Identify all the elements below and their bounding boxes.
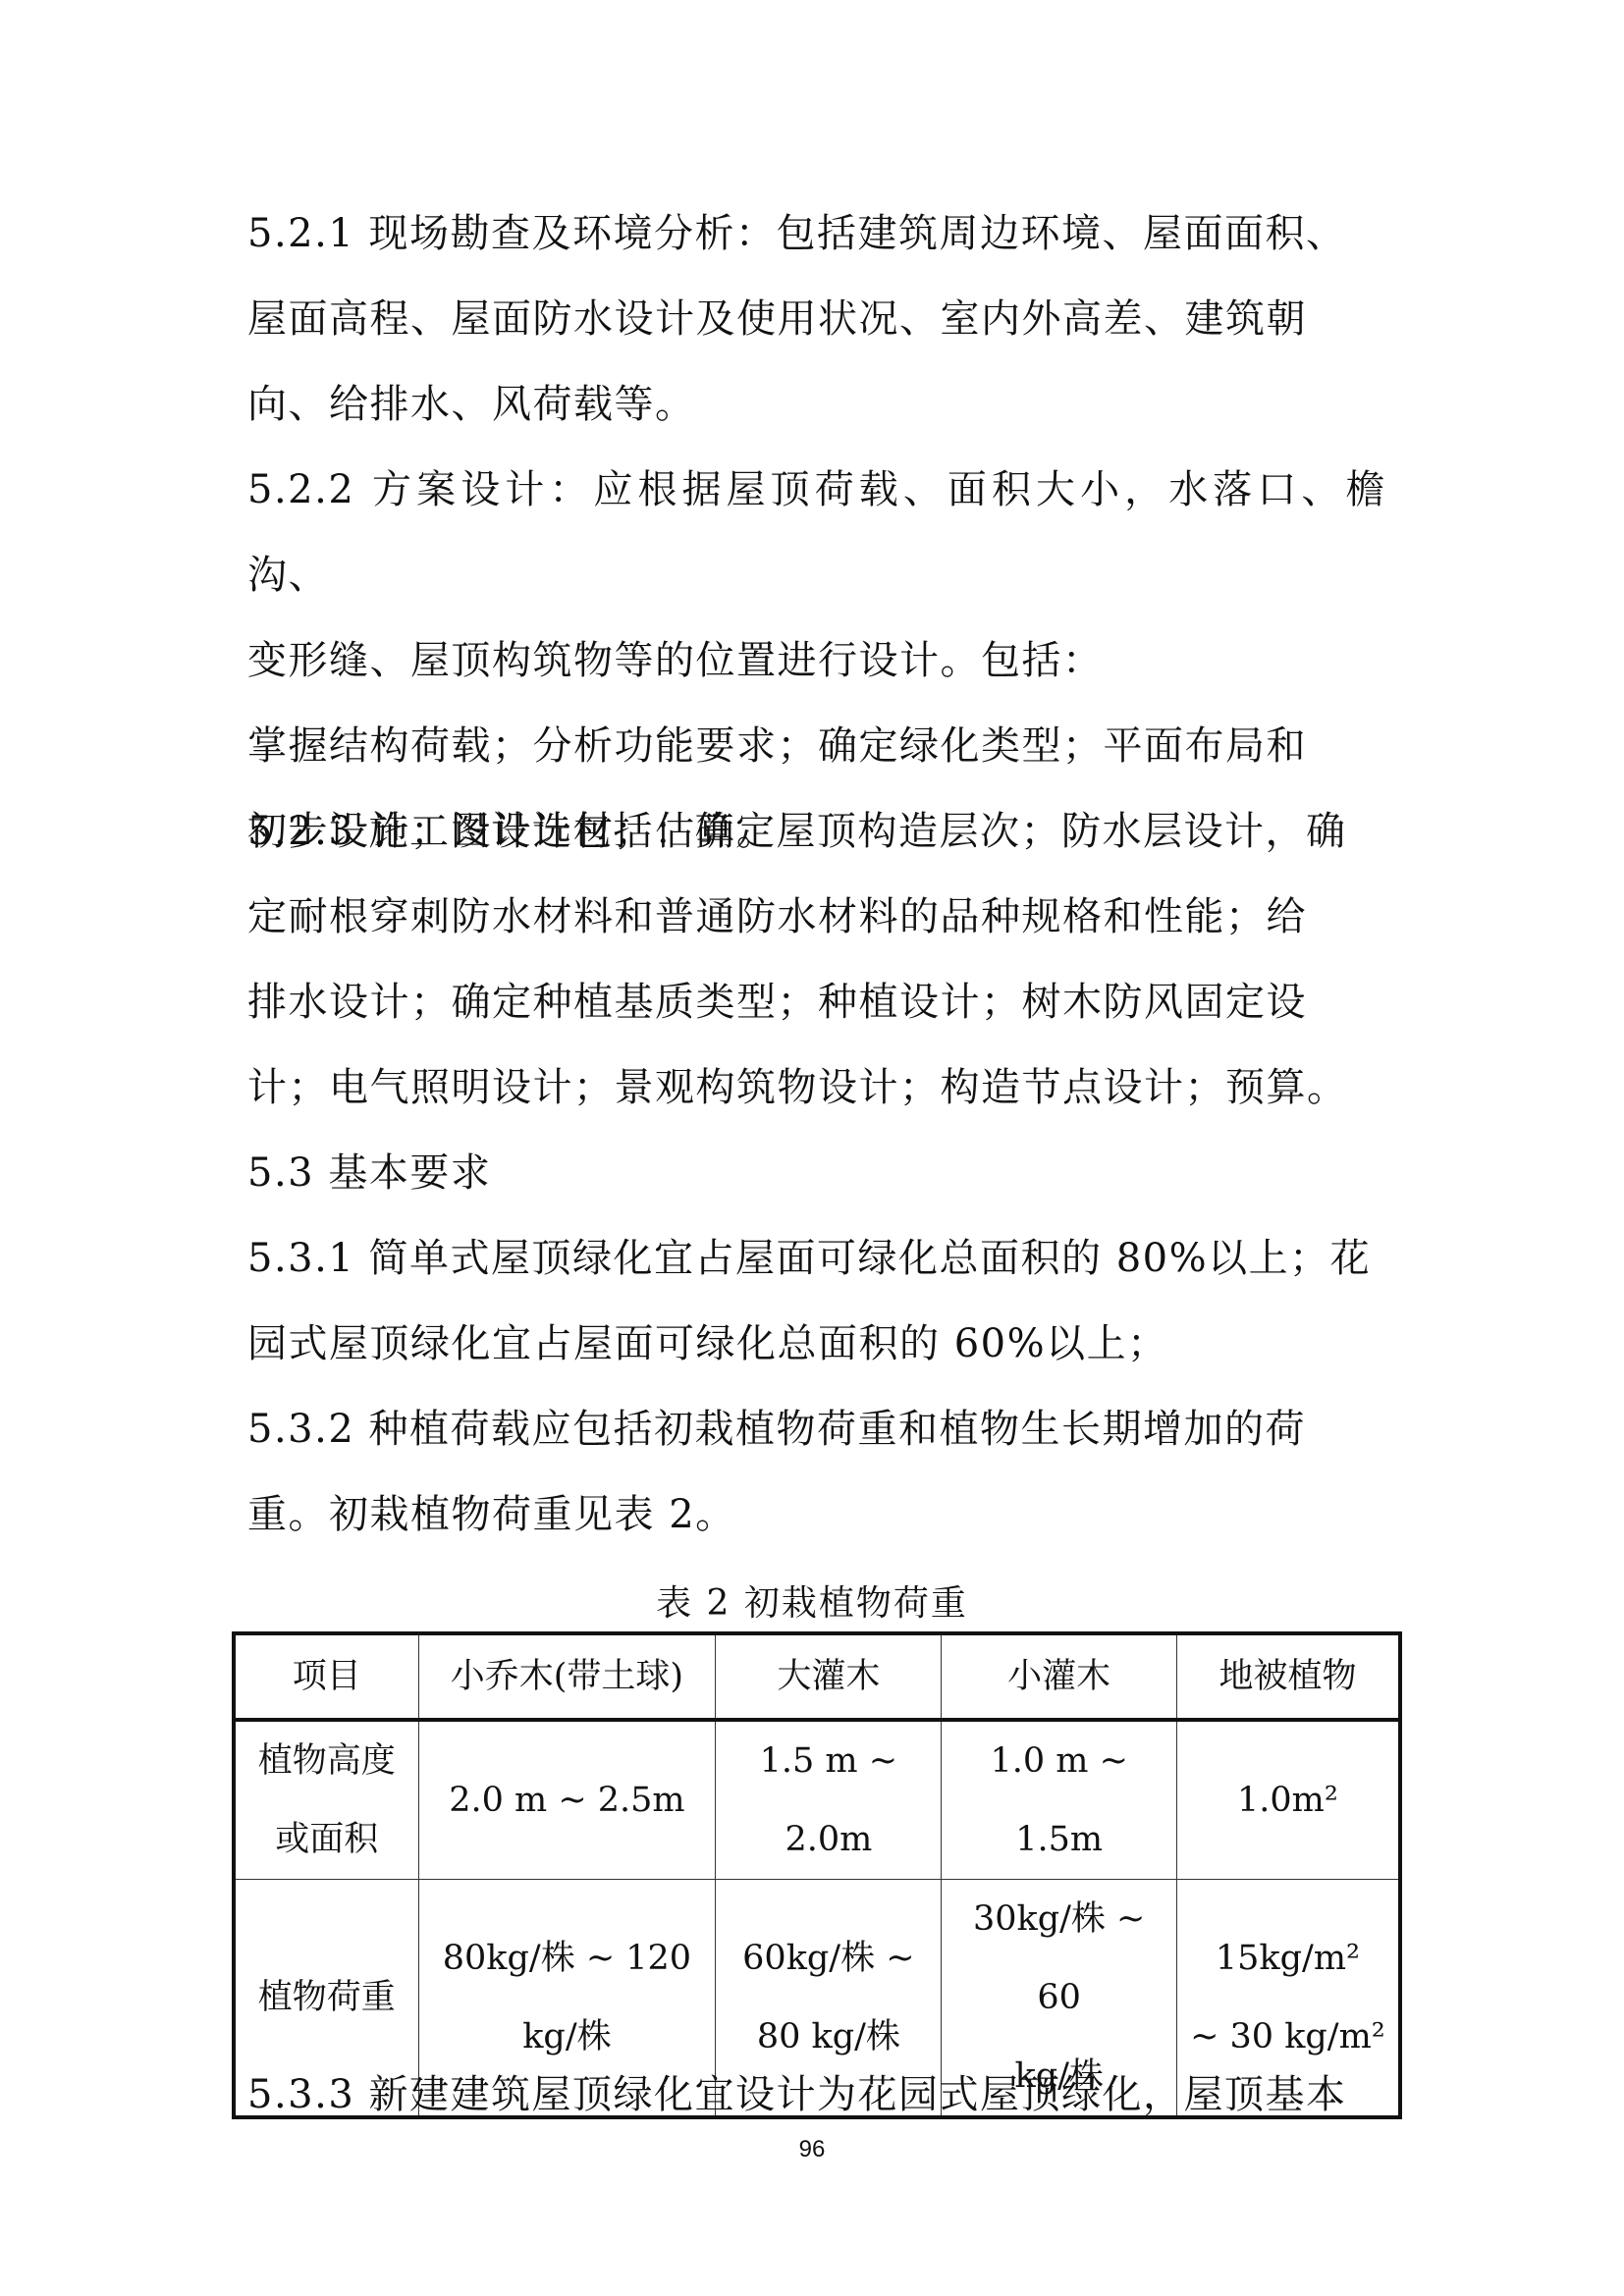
document-page: 5.2.1 现场勘查及环境分析：包括建筑周边环境、屋面面积、 屋面高程、屋面防水…: [0, 0, 1624, 2296]
cell-height-small-shrub: 1.0 m ~ 1.5m: [942, 1720, 1176, 1880]
paragraph-5-3-3: 5.3.3 新建建筑屋顶绿化宜设计为花园式屋顶绿化，屋顶基本: [247, 2053, 1386, 2138]
paragraph-5-3-1: 5.3.1 简单式屋顶绿化宜占屋面可绿化总面积的 80%以上；花 园式屋顶绿化宜…: [247, 1216, 1386, 1387]
cell-height-large-shrub: 1.5 m ~ 2.0m: [716, 1720, 942, 1880]
row-label-height: 植物高度 或面积: [234, 1720, 418, 1880]
page-number: 96: [0, 2136, 1624, 2163]
section-heading-5-3: 5.3 基本要求: [247, 1131, 1386, 1216]
header-large-shrub: 大灌木: [716, 1633, 942, 1720]
header-small-tree: 小乔木(带土球): [418, 1633, 716, 1720]
plant-load-table: 项目 小乔木(带土球) 大灌木 小灌木 地被植物 植物高度 或面积 2.0 m …: [232, 1631, 1402, 2119]
header-ground-cover: 地被植物: [1176, 1633, 1400, 1720]
paragraph-5-3-2: 5.3.2 种植荷载应包括初栽植物荷重和植物生长期增加的荷 重。初栽植物荷重见表…: [247, 1387, 1386, 1558]
paragraph-5-2-1: 5.2.1 现场勘查及环境分析：包括建筑周边环境、屋面面积、 屋面高程、屋面防水…: [247, 191, 1386, 448]
cell-height-ground-cover: 1.0m²: [1176, 1720, 1400, 1880]
table-row: 植物高度 或面积 2.0 m ~ 2.5m 1.5 m ~ 2.0m 1.0 m…: [234, 1720, 1400, 1880]
table-header-row: 项目 小乔木(带土球) 大灌木 小灌木 地被植物: [234, 1633, 1400, 1720]
header-item: 项目: [234, 1633, 418, 1720]
cell-height-small-tree: 2.0 m ~ 2.5m: [418, 1720, 716, 1880]
paragraph-5-2-3: 5.2.3 施工图设计包括：确定屋顶构造层次；防水层设计，确 定耐根穿刺防水材料…: [247, 789, 1386, 1131]
header-small-shrub: 小灌木: [942, 1633, 1176, 1720]
table-caption: 表 2 初栽植物荷重: [0, 1575, 1624, 1626]
